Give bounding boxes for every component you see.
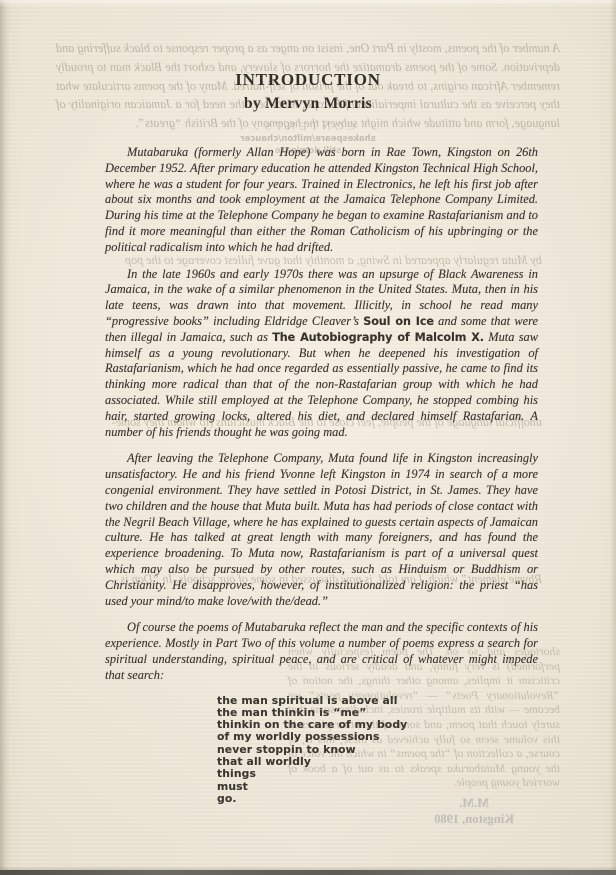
book-title-autobiography-malcolm-x: The Autobiography of Malcolm X. <box>272 331 484 344</box>
book-title-soul-on-ice: Soul on Ice <box>363 315 434 328</box>
scan-edge-bottom <box>0 870 616 875</box>
poem-line: must <box>217 781 538 793</box>
poem-line: of my worldly possessions <box>217 731 538 743</box>
byline: by Mervyn Morris <box>0 95 616 113</box>
paragraph-4: Of course the poems of Mutabaruka reflec… <box>105 620 538 683</box>
poem-line: the man spiritual is above all <box>217 695 538 707</box>
poem-quote: the man spiritual is above all the man t… <box>217 695 538 806</box>
ghost-showthrough-poem-line-1: shakespeare/milton/chaucer <box>0 134 616 144</box>
paragraph-3: After leaving the Telephone Company, Mut… <box>105 451 538 609</box>
paragraph-2-text: Muta saw himself as a young revolutionar… <box>105 330 538 439</box>
page-title: INTRODUCTION <box>0 70 616 90</box>
scanned-book-page: A number of the poems, mostly in Part On… <box>0 0 616 875</box>
paragraph-2: In the late 1960s and early 1970s there … <box>105 267 538 441</box>
paragraph-1: Mutabaruka (formerly Allan Hope) was bor… <box>105 145 538 256</box>
scan-edge-top <box>0 0 616 7</box>
poem-line: things <box>217 768 538 780</box>
body-text-column: Mutabaruka (formerly Allan Hope) was bor… <box>105 145 538 805</box>
poem-line: that all worldly <box>217 756 538 768</box>
poem-line: go. <box>217 793 538 805</box>
ghost-showthrough-contents-heading: CONTENTS <box>0 119 616 134</box>
ghost-signature-place: Kingston, 1980 <box>384 811 564 827</box>
